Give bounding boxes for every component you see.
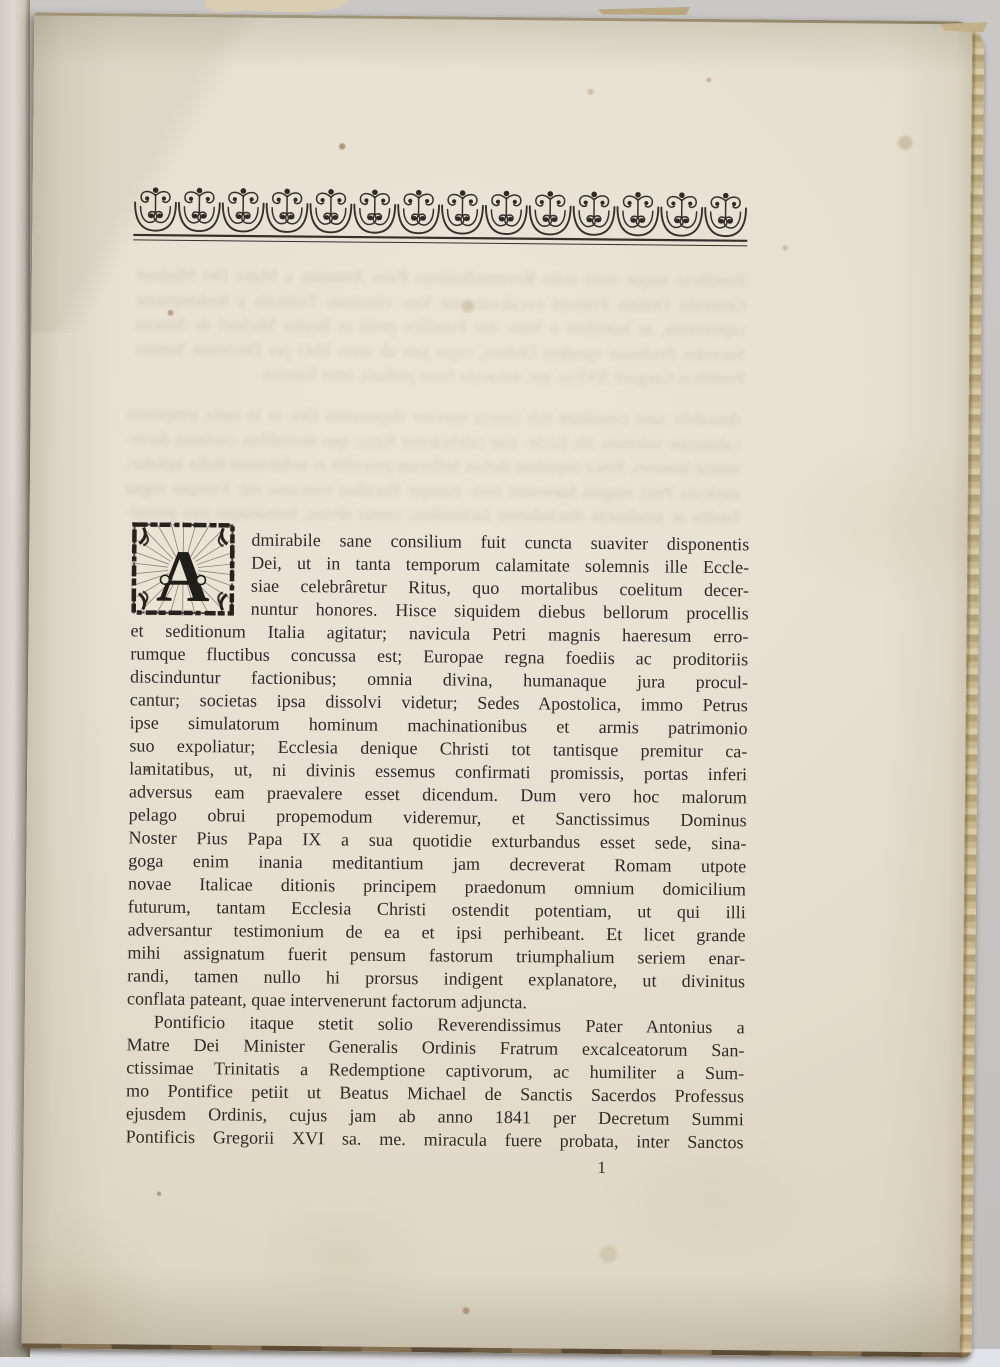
engraved-initial-icon: A bbox=[131, 521, 236, 616]
fleuron-frieze-icon bbox=[132, 180, 749, 250]
book-page: Pontificio itaque stetit solio Reverendi… bbox=[22, 12, 985, 1357]
head-ornament-frieze bbox=[132, 180, 749, 255]
corner-crease bbox=[22, 12, 335, 335]
drop-cap-initial: A bbox=[131, 521, 236, 616]
verso-showthrough-text: dmirabile sane consilium fuit cuncta sua… bbox=[126, 401, 741, 529]
paper-fragment bbox=[598, 7, 690, 15]
paper-fragment bbox=[205, 0, 350, 13]
book-photo-scene: Pontificio itaque stetit solio Reverendi… bbox=[0, 0, 1000, 1367]
deckle-edge bbox=[960, 21, 985, 1357]
page-top-edge bbox=[34, 12, 984, 24]
verso-showthrough-text: Pontificio itaque stetit solio Reverendi… bbox=[135, 262, 746, 395]
page-number: 1 bbox=[125, 1151, 743, 1180]
text-line: Pontificis Gregorii XVI sa. me. miracula… bbox=[126, 1125, 744, 1154]
body-paragraph-2: Pontificio itaque stetit solio Reverendi… bbox=[126, 1010, 745, 1154]
body-text: A dmirabile sane consilium fuit cuncta s… bbox=[125, 527, 749, 1180]
